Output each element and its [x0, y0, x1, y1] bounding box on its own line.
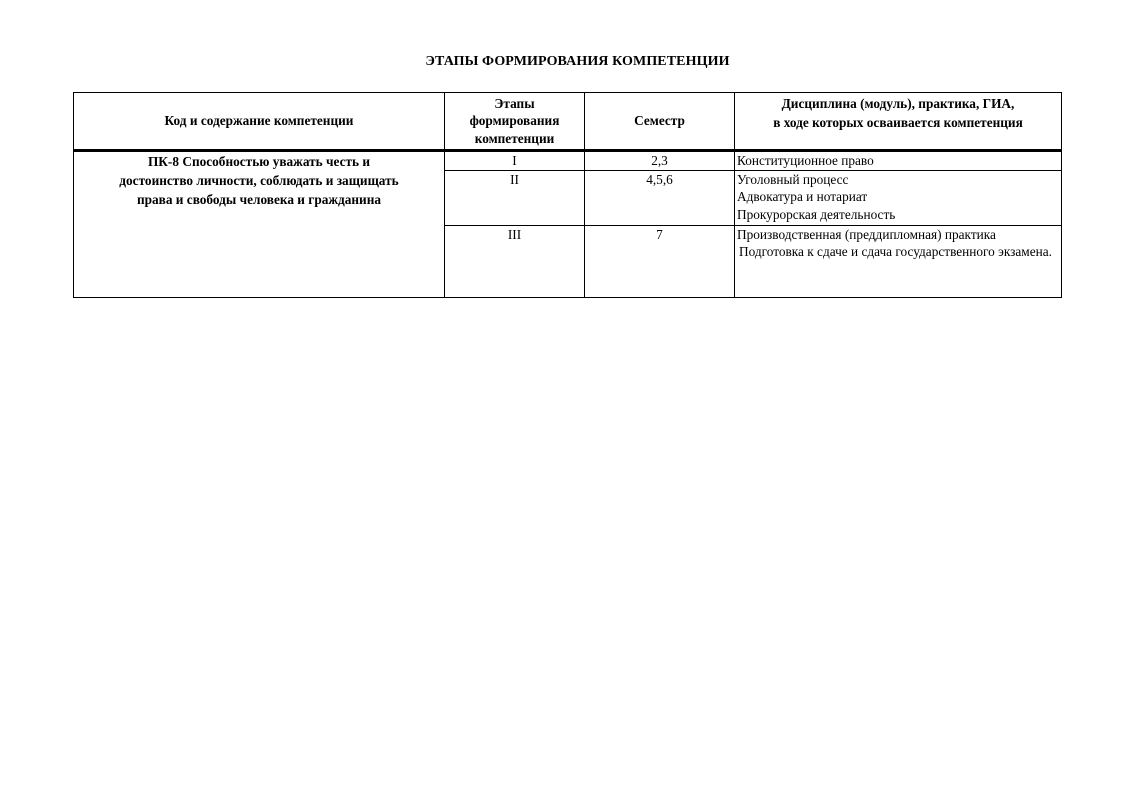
- stage-cell: III: [445, 225, 585, 297]
- competence-line: ПК-8 Способностью уважать честь и: [76, 152, 442, 171]
- discipline-cell: Конституционное право: [735, 151, 1062, 171]
- stage-cell: II: [445, 170, 585, 225]
- discipline-item: Прокурорская деятельность: [737, 206, 1059, 224]
- discipline-cell: Производственная (преддипломная) практик…: [735, 225, 1062, 297]
- competence-stages-table: Код и содержание компетенции Этапы форми…: [73, 92, 1062, 298]
- header-stage: Этапы формирования компетенции: [445, 93, 585, 151]
- discipline-cell: Уголовный процесс Адвокатура и нотариат …: [735, 170, 1062, 225]
- stage-cell: I: [445, 151, 585, 171]
- table-row: ПК-8 Способностью уважать честь и достои…: [74, 151, 1062, 171]
- discipline-item: Адвокатура и нотариат: [737, 188, 1059, 206]
- table-header-row: Код и содержание компетенции Этапы форми…: [74, 93, 1062, 151]
- header-discipline-line: в ходе которых осваивается компетенция: [738, 113, 1058, 132]
- discipline-item: Подготовка к сдаче и сдача государственн…: [737, 243, 1059, 261]
- semester-cell: 7: [585, 225, 735, 297]
- discipline-item: Производственная (преддипломная) практик…: [737, 226, 1059, 244]
- header-discipline: Дисциплина (модуль), практика, ГИА, в хо…: [735, 93, 1062, 151]
- discipline-item: Уголовный процесс: [737, 171, 1059, 189]
- header-discipline-line: Дисциплина (модуль), практика, ГИА,: [738, 94, 1058, 113]
- semester-cell: 2,3: [585, 151, 735, 171]
- header-semester: Семестр: [585, 93, 735, 151]
- header-stage-line: формирования: [448, 112, 581, 130]
- document-title: ЭТАПЫ ФОРМИРОВАНИЯ КОМПЕТЕНЦИИ: [0, 54, 1123, 70]
- discipline-item: Конституционное право: [737, 152, 1059, 170]
- competence-cell: ПК-8 Способностью уважать честь и достои…: [74, 151, 445, 298]
- header-stage-line: Этапы: [448, 95, 581, 113]
- header-code: Код и содержание компетенции: [74, 93, 445, 151]
- semester-cell: 4,5,6: [585, 170, 735, 225]
- competence-line: достоинство личности, соблюдать и защища…: [76, 171, 442, 190]
- header-stage-line: компетенции: [448, 130, 581, 148]
- competence-line: права и свободы человека и гражданина: [76, 190, 442, 209]
